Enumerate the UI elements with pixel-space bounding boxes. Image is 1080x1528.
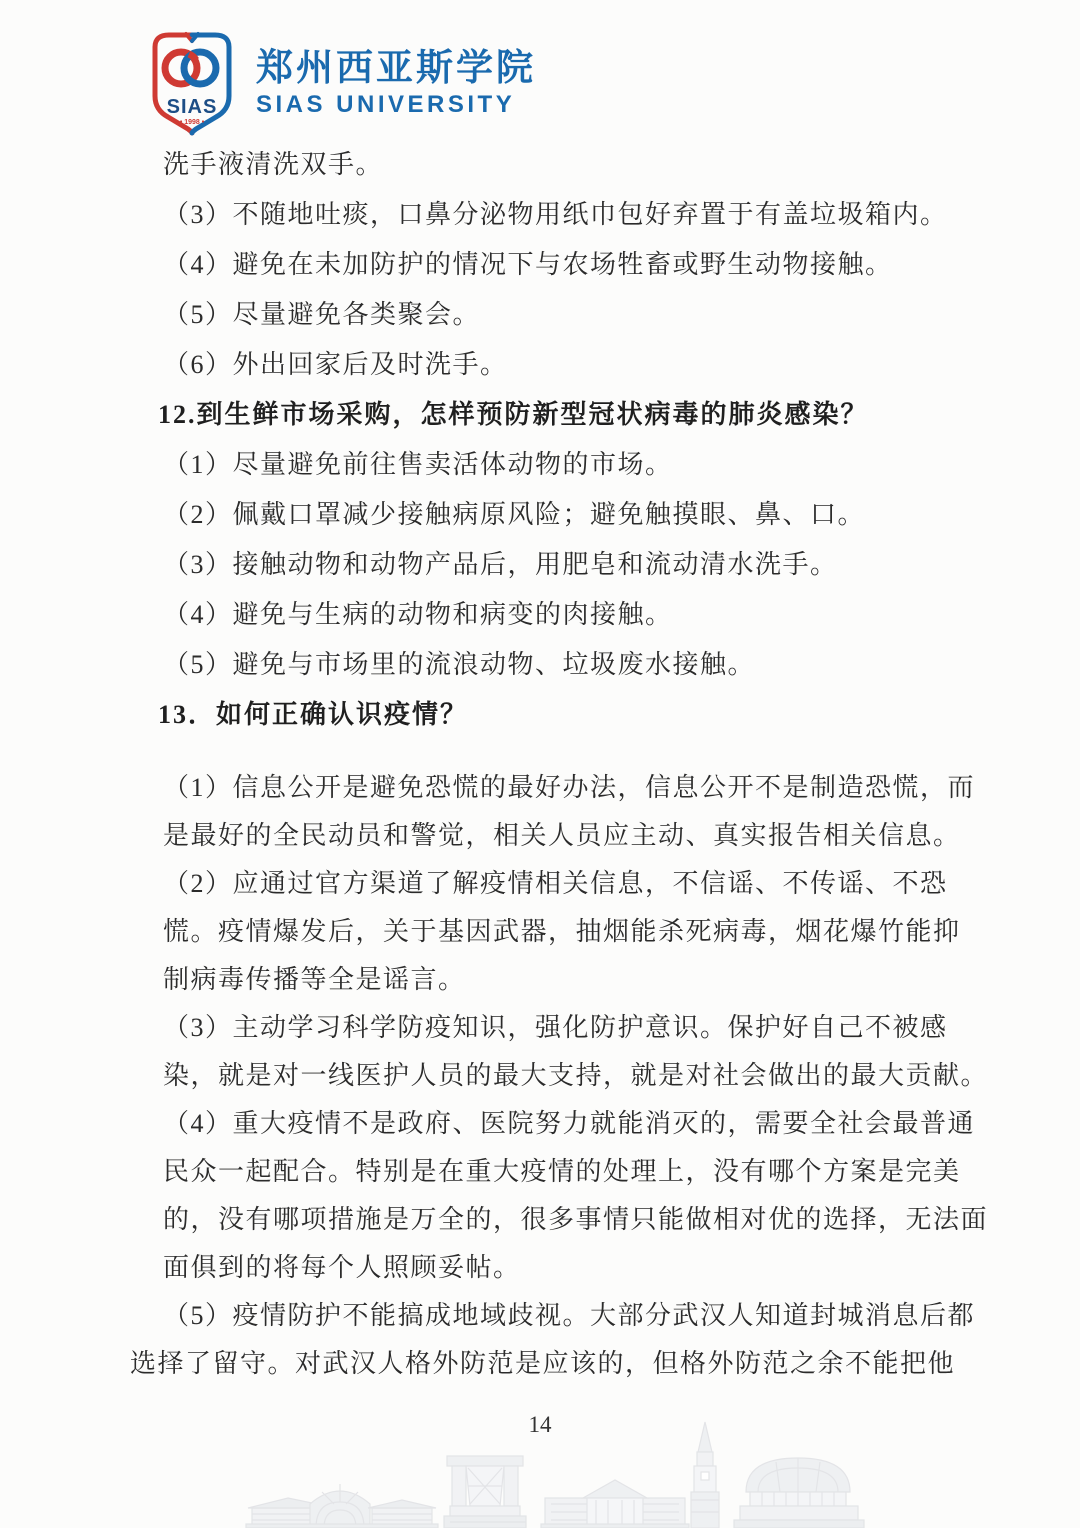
list-item: （4）避免与生病的动物和病变的肉接触。 bbox=[163, 590, 1020, 640]
list-item: （3）接触动物和动物产品后，用肥皂和流动清水洗手。 bbox=[163, 540, 1020, 590]
list-item: （2）佩戴口罩减少接触病原风险；避免触摸眼、鼻、口。 bbox=[163, 490, 1020, 540]
section-heading-12: 12.到生鲜市场采购，怎样预防新型冠状病毒的肺炎感染？ bbox=[158, 390, 1020, 440]
classical-building-silhouette bbox=[541, 1480, 689, 1528]
spire-tower-silhouette bbox=[691, 1422, 719, 1528]
svg-text:• 1998 •: • 1998 • bbox=[180, 119, 205, 126]
gate-tower-silhouette bbox=[444, 1456, 526, 1528]
university-title-block: 郑州西亚斯学院 SIAS UNIVERSITY bbox=[256, 28, 536, 120]
paragraph: （5）疫情防护不能搞成地域歧视。大部分武汉人知道封城消息后都 选择了留守。对武汉… bbox=[130, 1292, 1020, 1388]
list-item: （5）尽量避免各类聚会。 bbox=[163, 290, 1020, 340]
paragraph: （3）主动学习科学防疫知识，强化防护意识。保护好自己不被感 染，就是对一线医护人… bbox=[163, 1004, 1020, 1100]
list-item: （1）尽量避免前往售卖活体动物的市场。 bbox=[163, 440, 1020, 490]
pavilion-cluster-silhouette bbox=[246, 1484, 438, 1528]
university-name-cn: 郑州西亚斯学院 bbox=[256, 46, 536, 90]
page-header: SIAS • 1998 • 郑州西亚斯学院 SIAS UNIVERSITY bbox=[140, 28, 536, 140]
list-item: （5）避免与市场里的流浪动物、垃圾废水接触。 bbox=[163, 640, 1020, 690]
university-name-en: SIAS UNIVERSITY bbox=[256, 90, 536, 120]
paragraph: （1）信息公开是避免恐慌的最好办法，信息公开不是制造恐慌，而 是最好的全民动员和… bbox=[163, 764, 1020, 860]
campus-buildings-watermark-icon bbox=[0, 1420, 1080, 1528]
list-item: （4）避免在未加防护的情况下与农场牲畜或野生动物接触。 bbox=[163, 240, 1020, 290]
svg-text:SIAS: SIAS bbox=[167, 96, 218, 118]
paragraph: （4）重大疫情不是政府、医院努力就能消灭的，需要全社会最普通 民众一起配合。特别… bbox=[163, 1100, 1020, 1292]
paragraph-continuation: 洗手液清洗双手。 bbox=[163, 140, 1020, 190]
list-item: （3）不随地吐痰，口鼻分泌物用纸巾包好弃置于有盖垃圾箱内。 bbox=[163, 190, 1020, 240]
sias-shield-logo-icon: SIAS • 1998 • bbox=[140, 28, 244, 140]
domed-hall-silhouette bbox=[734, 1458, 864, 1528]
document-page: SIAS • 1998 • 郑州西亚斯学院 SIAS UNIVERSITY 洗手… bbox=[0, 0, 1080, 1528]
list-item: （6）外出回家后及时洗手。 bbox=[163, 340, 1020, 390]
document-body: 洗手液清洗双手。 （3）不随地吐痰，口鼻分泌物用纸巾包好弃置于有盖垃圾箱内。 （… bbox=[0, 140, 1080, 1388]
paragraph: （2）应通过官方渠道了解疫情相关信息，不信谣、不传谣、不恐 慌。疫情爆发后，关于… bbox=[163, 860, 1020, 1004]
section-heading-13: 13．如何正确认识疫情？ bbox=[158, 690, 1020, 740]
